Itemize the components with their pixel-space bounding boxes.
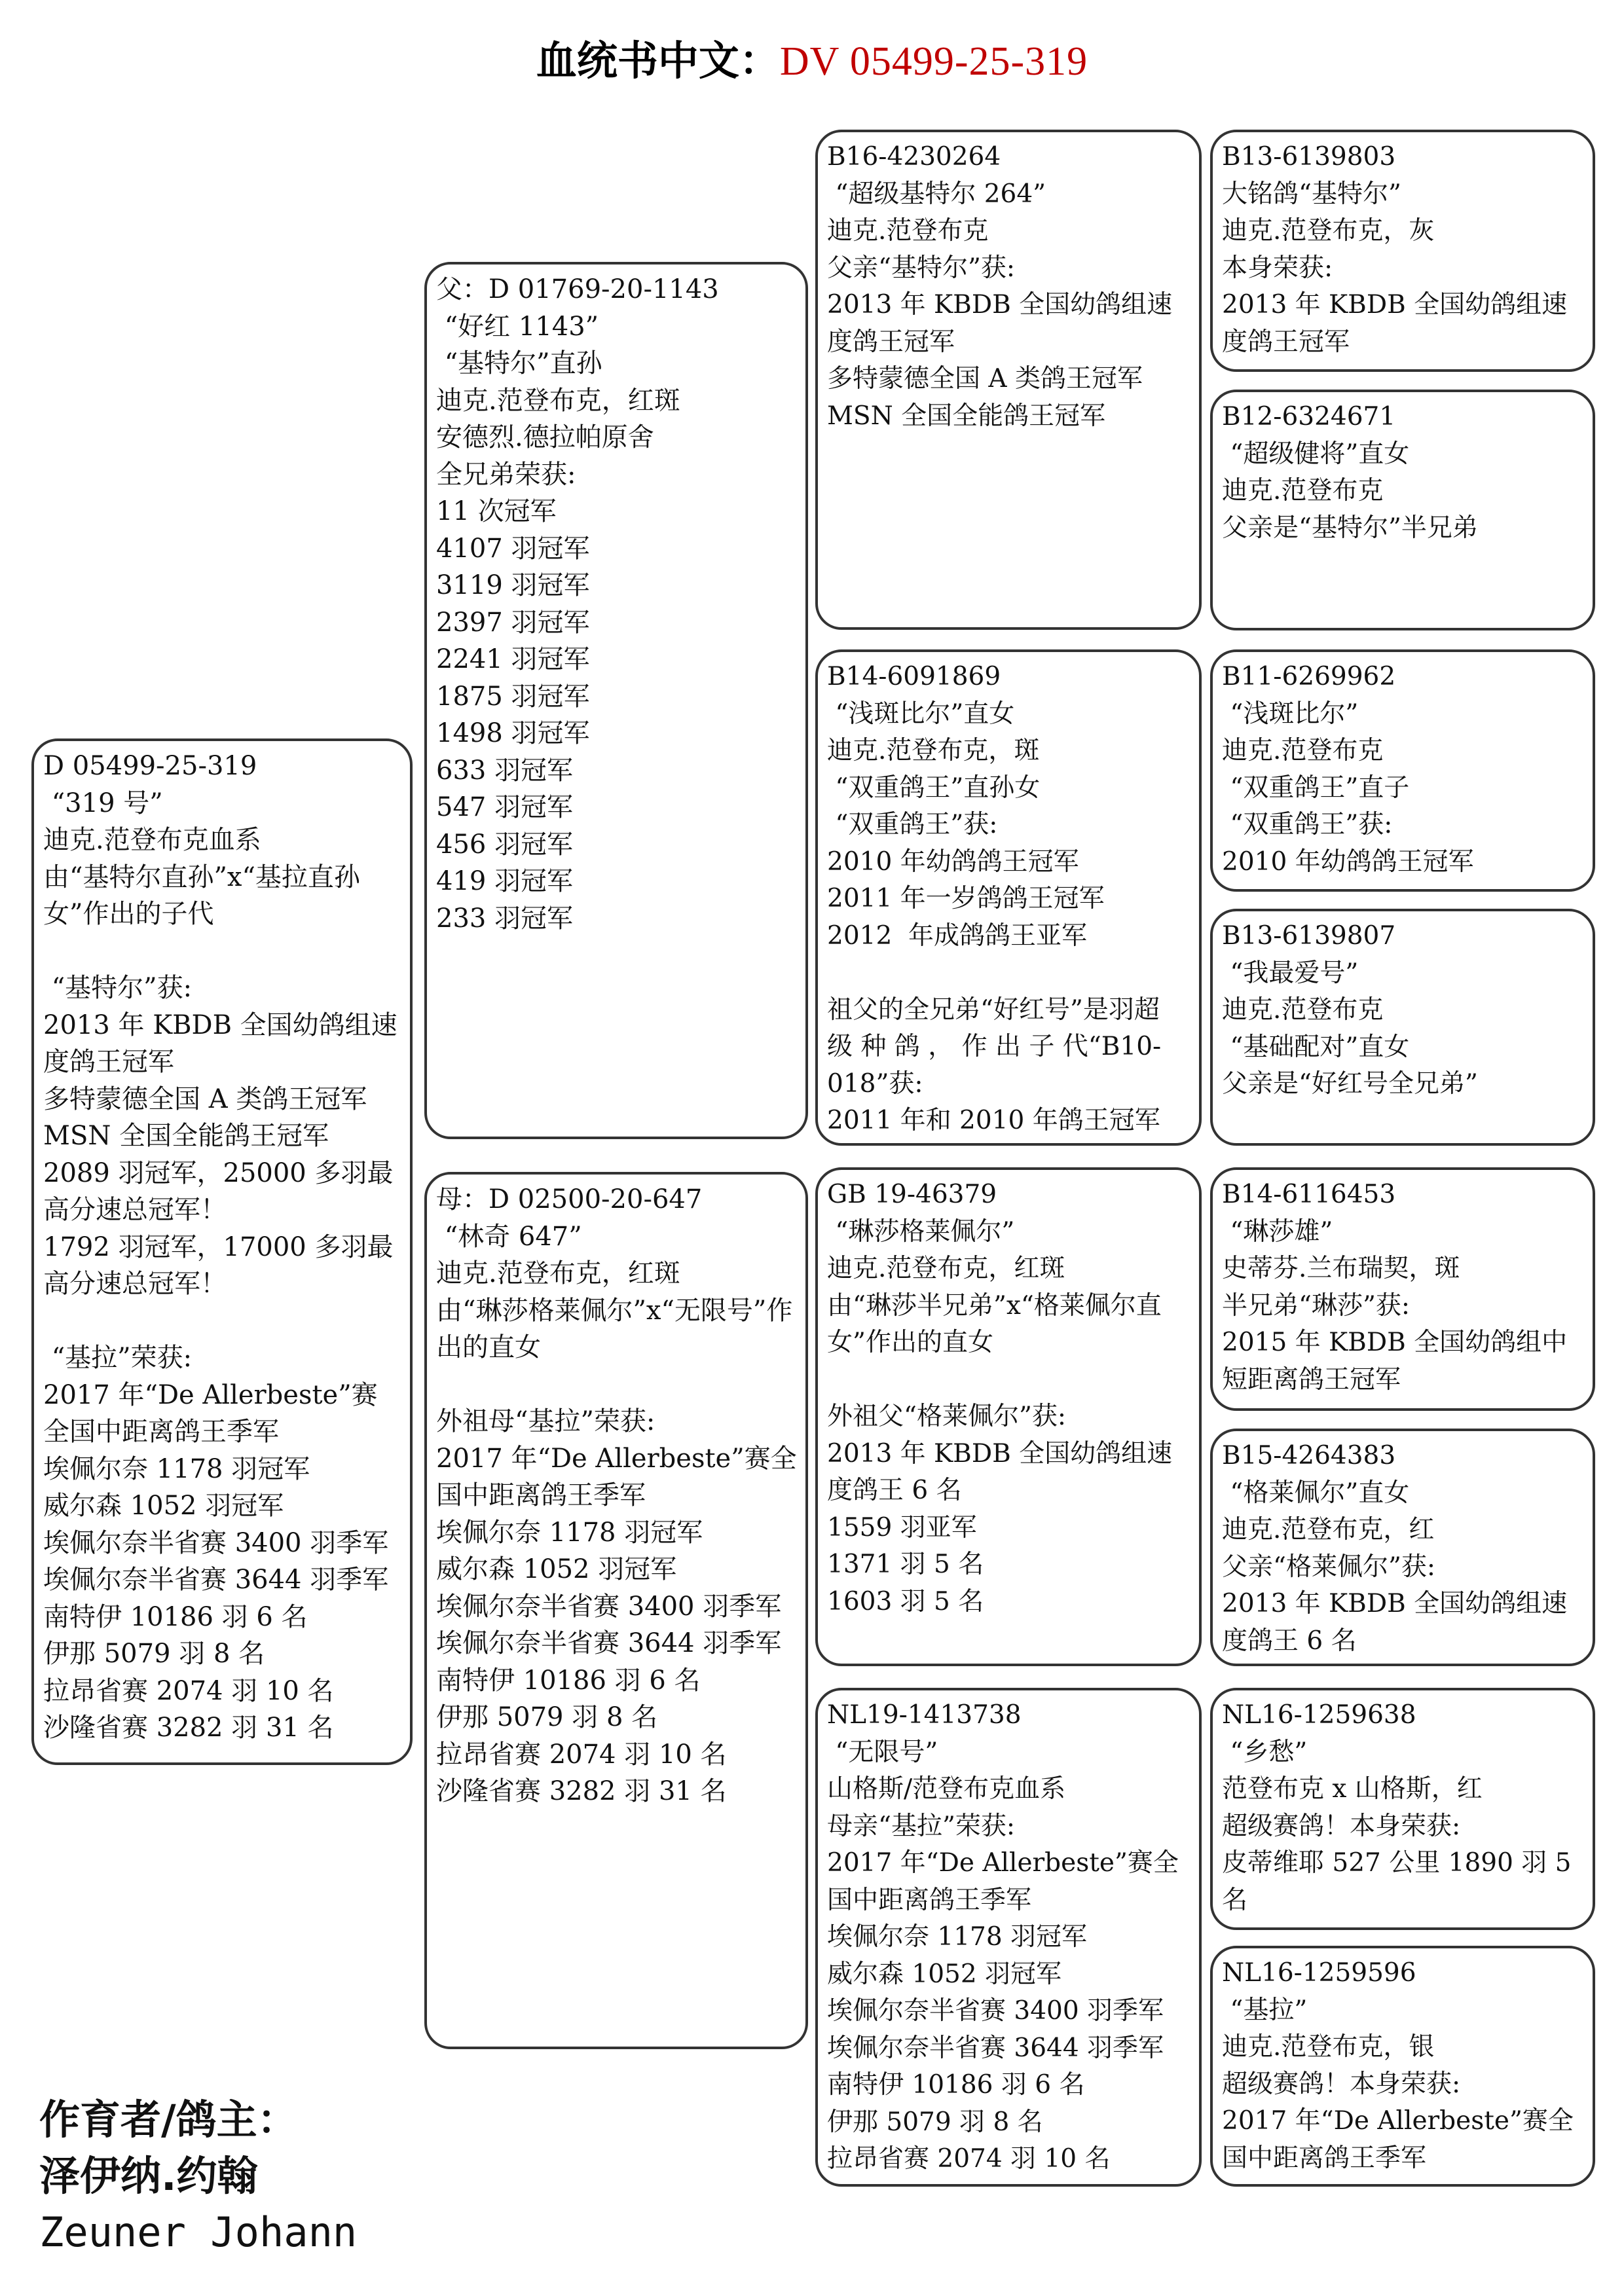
- pedigree-line: 拉昂省赛 2074 羽 10 名: [43, 1673, 402, 1710]
- pedigree-line: 皮蒂维耶 527 公里 1890 羽 5 名: [1222, 1845, 1585, 1919]
- pedigree-line: B15-4264383: [1222, 1438, 1585, 1475]
- pedigree-line: “林奇 647”: [436, 1218, 798, 1256]
- pedigree-line: 威尔森 1052 羽冠军: [827, 1956, 1191, 1994]
- great-grandparent-card-2: B12-6324671 “超级健将”直女迪克.范登布克父亲是“基特尔”半兄弟: [1210, 390, 1595, 630]
- pedigree-line: 2397 羽冠军: [436, 604, 798, 642]
- pedigree-line: 1498 羽冠军: [436, 715, 798, 752]
- title-ring-number: DV 05499-25-319: [780, 39, 1088, 84]
- grandparent-card-dam-dam: NL19-1413738 “无限号”山格斯/范登布克血系母亲“基拉”荣获:201…: [815, 1688, 1202, 2187]
- pedigree-line: 迪克.范登布克: [1222, 473, 1585, 510]
- pedigree-line: “基拉”: [1222, 1992, 1585, 2030]
- pedigree-line: 1875 羽冠军: [436, 678, 798, 716]
- pedigree-line: B13-6139807: [1222, 918, 1585, 955]
- pedigree-line: 2013 年 KBDB 全国幼鸽组速度鸽王 6 名: [827, 1436, 1191, 1510]
- pedigree-line: 2017 年“De Allerbeste”赛全国中距离鸽王季军: [1222, 2103, 1585, 2177]
- pedigree-line: 迪克.范登布克: [827, 213, 1191, 250]
- pedigree-line: 迪克.范登布克，红斑: [436, 1255, 798, 1292]
- pedigree-line: B14-6091869: [827, 659, 1191, 696]
- pedigree-line: 父亲是“好红号全兄弟”: [1222, 1066, 1585, 1103]
- pedigree-line: “基特尔”获:: [43, 970, 402, 1007]
- pedigree-line: 2089 羽冠军，25000 多羽最高分速总冠军！: [43, 1155, 402, 1229]
- pedigree-line: 2013 年 KBDB 全国幼鸽组速度鸽王 6 名: [1222, 1586, 1585, 1660]
- pedigree-line: “超级健将”直女: [1222, 436, 1585, 473]
- pedigree-line: 迪克.范登布克，斑: [827, 733, 1191, 770]
- pedigree-line: [436, 1366, 798, 1404]
- pedigree-line: 4107 羽冠军: [436, 530, 798, 568]
- pedigree-line: “基础配对”直女: [1222, 1029, 1585, 1066]
- pedigree-line: “我最爱号”: [1222, 955, 1585, 993]
- pedigree-line: 1559 羽亚军: [827, 1510, 1191, 1547]
- pedigree-line: “琳莎雄”: [1222, 1214, 1585, 1251]
- pedigree-line: 埃佩尔奈半省赛 3644 羽季军: [827, 2030, 1191, 2068]
- pedigree-line: 2241 羽冠军: [436, 641, 798, 678]
- great-grandparent-card-6: B15-4264383 “格莱佩尔”直女迪克.范登布克，红父亲“格莱佩尔”获:2…: [1210, 1429, 1595, 1666]
- pedigree-line: 埃佩尔奈半省赛 3400 羽季军: [827, 1993, 1191, 2030]
- breeder-name-chinese: 泽伊纳.约翰: [39, 2148, 357, 2204]
- pedigree-line: “基特尔”直孙: [436, 345, 798, 382]
- subject-card: D 05499-25-319 “319 号”迪克.范登布克血系由“基特尔直孙”x…: [31, 738, 413, 1765]
- breeder-label: 作育者/鸽主：: [39, 2092, 357, 2148]
- pedigree-line: 迪克.范登布克，红斑: [436, 382, 798, 420]
- pedigree-line: 迪克.范登布克: [1222, 733, 1585, 770]
- pedigree-line: “无限号”: [827, 1734, 1191, 1772]
- pedigree-line: 2017 年“De Allerbeste”赛全国中距离鸽王季军: [436, 1440, 798, 1514]
- pedigree-line: [827, 1362, 1191, 1399]
- pedigree-line: 威尔森 1052 羽冠军: [43, 1487, 402, 1525]
- pedigree-line: 南特伊 10186 羽 6 名: [436, 1662, 798, 1700]
- pedigree-line: 祖父的全兄弟“好红号”是羽超 级 种 鸽 ， 作 出 子 代“B10-018”获…: [827, 992, 1191, 1103]
- pedigree-line: 威尔森 1052 羽冠军: [436, 1551, 798, 1588]
- pedigree-line: “双重鸽王”直孙女: [827, 770, 1191, 807]
- pedigree-line: 安德烈.德拉帕原舍: [436, 419, 798, 456]
- great-grandparent-card-8: NL16-1259596 “基拉”迪克.范登布克，银超级赛鸽！本身荣获:2017…: [1210, 1946, 1595, 2187]
- pedigree-line: “319 号”: [43, 785, 402, 822]
- pedigree-line: 母：D 02500-20-647: [436, 1181, 798, 1218]
- pedigree-line: “好红 1143”: [436, 308, 798, 346]
- pedigree-line: 456 羽冠军: [436, 826, 798, 864]
- pedigree-line: 3119 羽冠军: [436, 567, 798, 604]
- great-grandparent-card-1: B13-6139803大铭鸽“基特尔”迪克.范登布克，灰本身荣获:2013 年 …: [1210, 130, 1595, 372]
- pedigree-line: 547 羽冠军: [436, 789, 798, 826]
- pedigree-line: 迪克.范登布克: [1222, 992, 1585, 1029]
- pedigree-line: NL16-1259596: [1222, 1955, 1585, 1992]
- pedigree-line: 父亲“基特尔”获:: [827, 250, 1191, 287]
- pedigree-line: 2015 年 KBDB 全国幼鸽组中短距离鸽王冠军: [1222, 1324, 1585, 1398]
- pedigree-line: 2010 年幼鸽鸽王冠军: [1222, 844, 1585, 881]
- pedigree-line: 419 羽冠军: [436, 863, 798, 900]
- pedigree-line: 由“琳莎格莱佩尔”x“无限号”作出的直女: [436, 1292, 798, 1366]
- pedigree-line: “乡愁”: [1222, 1734, 1585, 1772]
- pedigree-line: 父：D 01769-20-1143: [436, 271, 798, 308]
- pedigree-line: 2017 年“De Allerbeste”赛全国中距离鸽王季军: [827, 1845, 1191, 1919]
- pedigree-line: 2013 年 KBDB 全国幼鸽组速度鸽王冠军: [827, 287, 1191, 361]
- great-grandparent-card-4: B13-6139807 “我最爱号”迪克.范登布克 “基础配对”直女父亲是“好红…: [1210, 909, 1595, 1146]
- great-grandparent-card-7: NL16-1259638 “乡愁”范登布克 x 山格斯，红超级赛鸽！本身荣获:皮…: [1210, 1688, 1595, 1930]
- pedigree-line: 633 羽冠军: [436, 752, 798, 790]
- grandparent-card-sire-dam: B14-6091869 “浅斑比尔”直女迪克.范登布克，斑 “双重鸽王”直孙女 …: [815, 649, 1202, 1146]
- pedigree-line: B13-6139803: [1222, 139, 1585, 176]
- pedigree-line: 1603 羽 5 名: [827, 1584, 1191, 1621]
- pedigree-line: 外祖父“格莱佩尔”获:: [827, 1398, 1191, 1436]
- pedigree-line: 迪克.范登布克，银: [1222, 2029, 1585, 2066]
- pedigree-line: 沙隆省赛 3282 羽 31 名: [436, 1773, 798, 1810]
- pedigree-line: 外祖母“基拉”荣获:: [436, 1403, 798, 1440]
- pedigree-line: 南特伊 10186 羽 6 名: [43, 1599, 402, 1636]
- pedigree-line: 南特伊 10186 羽 6 名: [827, 2067, 1191, 2104]
- pedigree-line: 范登布克 x 山格斯，红: [1222, 1771, 1585, 1808]
- pedigree-line: 由“基特尔直孙”x“基拉直孙女”作出的子代: [43, 859, 402, 933]
- pedigree-line: 多特蒙德全国 A 类鸽王冠军: [827, 361, 1191, 398]
- great-grandparent-card-5: B14-6116453 “琳莎雄”史蒂芬.兰布瑞契，斑半兄弟“琳莎”获:2015…: [1210, 1167, 1595, 1411]
- pedigree-line: 由“琳莎半兄弟”x“格莱佩尔直女”作出的直女: [827, 1288, 1191, 1362]
- pedigree-line: “双重鸽王”获:: [1222, 807, 1585, 844]
- pedigree-line: 超级赛鸽！本身荣获:: [1222, 1808, 1585, 1846]
- pedigree-line: “琳莎格莱佩尔”: [827, 1214, 1191, 1251]
- pedigree-line: 拉昂省赛 2074 羽 10 名: [436, 1736, 798, 1774]
- pedigree-line: 11 次冠军: [436, 493, 798, 530]
- pedigree-line: 1792 羽冠军，17000 多羽最高分速总冠军！: [43, 1229, 402, 1303]
- pedigree-line: 233 羽冠军: [436, 900, 798, 938]
- grandparent-card-sire-sire: B16-4230264 “超级基特尔 264”迪克.范登布克父亲“基特尔”获:2…: [815, 130, 1202, 630]
- pedigree-line: D 05499-25-319: [43, 748, 402, 785]
- pedigree-line: “浅斑比尔”: [1222, 696, 1585, 733]
- breeder-block: 作育者/鸽主： 泽伊纳.约翰 Zeuner Johann: [39, 2092, 357, 2261]
- pedigree-line: B12-6324671: [1222, 399, 1585, 436]
- pedigree-line: 2017 年“De Allerbeste”赛全国中距离鸽王季军: [43, 1377, 402, 1451]
- pedigree-line: [827, 955, 1191, 992]
- pedigree-line: 埃佩尔奈半省赛 3644 羽季军: [436, 1625, 798, 1662]
- pedigree-line: 2013 年 KBDB 全国幼鸽组速度鸽王冠军: [1222, 287, 1585, 361]
- pedigree-line: “双重鸽王”直子: [1222, 770, 1585, 807]
- title-label: 血统书中文：: [536, 37, 780, 84]
- pedigree-line: 超级赛鸽！本身荣获:: [1222, 2066, 1585, 2104]
- pedigree-line: GB 19-46379: [827, 1176, 1191, 1214]
- pedigree-line: 埃佩尔奈半省赛 3400 羽季军: [436, 1588, 798, 1626]
- pedigree-line: NL19-1413738: [827, 1697, 1191, 1734]
- pedigree-line: MSN 全国全能鸽王冠军: [827, 398, 1191, 435]
- pedigree-line: [43, 1303, 402, 1340]
- pedigree-line: 迪克.范登布克血系: [43, 822, 402, 859]
- pedigree-line: 2010 年幼鸽鸽王冠军: [827, 844, 1191, 881]
- pedigree-line: 2013 年 KBDB 全国幼鸽组速度鸽王冠军: [43, 1007, 402, 1081]
- pedigree-line: 2012 年成鸽鸽王亚军: [827, 918, 1191, 955]
- pedigree-line: 沙隆省赛 3282 羽 31 名: [43, 1709, 402, 1747]
- pedigree-line: 史蒂芬.兰布瑞契，斑: [1222, 1250, 1585, 1288]
- pedigree-line: B14-6116453: [1222, 1176, 1585, 1214]
- pedigree-line: 大铭鸽“基特尔”: [1222, 176, 1585, 213]
- pedigree-line: 伊那 5079 羽 8 名: [436, 1699, 798, 1736]
- pedigree-line: 埃佩尔奈 1178 羽冠军: [827, 1919, 1191, 1956]
- pedigree-line: 埃佩尔奈半省赛 3400 羽季军: [43, 1525, 402, 1562]
- pedigree-line: 埃佩尔奈 1178 羽冠军: [43, 1451, 402, 1488]
- pedigree-line: 父亲是“基特尔”半兄弟: [1222, 510, 1585, 547]
- pedigree-line: 迪克.范登布克，灰: [1222, 213, 1585, 250]
- pedigree-line: NL16-1259638: [1222, 1697, 1585, 1734]
- pedigree-line: 埃佩尔奈半省赛 3644 羽季军: [43, 1561, 402, 1599]
- pedigree-line: 1371 羽 5 名: [827, 1546, 1191, 1584]
- pedigree-line: 伊那 5079 羽 8 名: [827, 2104, 1191, 2141]
- pedigree-line: “浅斑比尔”直女: [827, 696, 1191, 733]
- pedigree-line: 2011 年和 2010 年鸽王冠军: [827, 1102, 1191, 1140]
- pedigree-line: MSN 全国全能鸽王冠军: [43, 1118, 402, 1155]
- pedigree-line: 半兄弟“琳莎”获:: [1222, 1288, 1585, 1325]
- pedigree-line: “超级基特尔 264”: [827, 176, 1191, 213]
- sire-card: 父：D 01769-20-1143 “好红 1143” “基特尔”直孙迪克.范登…: [424, 262, 808, 1139]
- pedigree-line: 拉昂省赛 2074 羽 10 名: [827, 2141, 1191, 2178]
- great-grandparent-card-3: B11-6269962 “浅斑比尔”迪克.范登布克 “双重鸽王”直子 “双重鸽王…: [1210, 649, 1595, 892]
- grandparent-card-dam-sire: GB 19-46379 “琳莎格莱佩尔”迪克.范登布克，红斑由“琳莎半兄弟”x“…: [815, 1167, 1202, 1666]
- pedigree-line: [43, 933, 402, 970]
- pedigree-line: 山格斯/范登布克血系: [827, 1771, 1191, 1808]
- dam-card: 母：D 02500-20-647 “林奇 647”迪克.范登布克，红斑由“琳莎格…: [424, 1172, 808, 2049]
- pedigree-line: 本身荣获:: [1222, 250, 1585, 287]
- pedigree-line: 伊那 5079 羽 8 名: [43, 1635, 402, 1673]
- pedigree-line: B11-6269962: [1222, 659, 1585, 696]
- breeder-name-english: Zeuner Johann: [39, 2204, 357, 2261]
- pedigree-line: 埃佩尔奈 1178 羽冠军: [436, 1514, 798, 1552]
- pedigree-line: 迪克.范登布克，红斑: [827, 1250, 1191, 1288]
- pedigree-line: 母亲“基拉”荣获:: [827, 1808, 1191, 1846]
- pedigree-line: B16-4230264: [827, 139, 1191, 176]
- pedigree-line: “双重鸽王”获:: [827, 807, 1191, 844]
- pedigree-line: “格莱佩尔”直女: [1222, 1475, 1585, 1512]
- pedigree-line: “基拉”荣获:: [43, 1339, 402, 1377]
- pedigree-line: 父亲“格莱佩尔”获:: [1222, 1549, 1585, 1586]
- pedigree-line: 2011 年一岁鸽鸽王冠军: [827, 881, 1191, 918]
- pedigree-line: 多特蒙德全国 A 类鸽王冠军: [43, 1081, 402, 1118]
- pedigree-line: 迪克.范登布克，红: [1222, 1512, 1585, 1549]
- pedigree-line: 全兄弟荣获:: [436, 456, 798, 494]
- pedigree-title: 血统书中文：DV 05499-25-319: [0, 31, 1624, 91]
